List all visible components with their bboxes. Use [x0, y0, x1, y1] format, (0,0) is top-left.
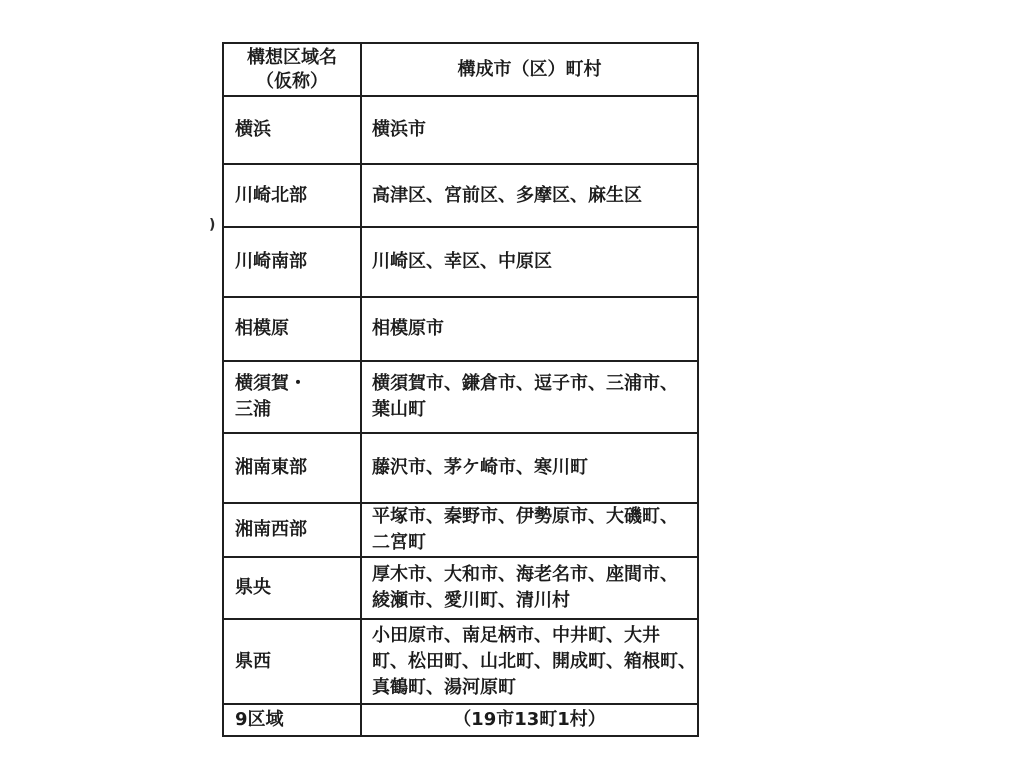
table-footer-row: 9区域 （19市13町1村） — [223, 704, 698, 736]
municipalities: 川崎区、幸区、中原区 — [361, 227, 698, 297]
municipalities: 平塚市、秦野市、伊勢原市、大磯町、 二宮町 — [361, 503, 698, 557]
table-row-yokosuka-miura: 横須賀・ 三浦 横須賀市、鎌倉市、逗子市、三浦市、 葉山町 — [223, 361, 698, 433]
region-name: 横須賀・ 三浦 — [223, 361, 361, 433]
municipalities: 藤沢市、茅ケ崎市、寒川町 — [361, 433, 698, 503]
document-page: ) 構想区域名 （仮称） 構成市（区）町村 横浜 横浜市 川崎北部 高津区、宮前… — [0, 0, 1024, 768]
stray-artifact-mark: ) — [209, 218, 215, 232]
table-header-row: 構想区域名 （仮称） 構成市（区）町村 — [223, 43, 698, 96]
table-row-kawasaki-north: 川崎北部 高津区、宮前区、多摩区、麻生区 — [223, 164, 698, 227]
table-row-shonan-east: 湘南東部 藤沢市、茅ケ崎市、寒川町 — [223, 433, 698, 503]
municipalities: 厚木市、大和市、海老名市、座間市、 綾瀬市、愛川町、清川村 — [361, 557, 698, 619]
region-name: 県央 — [223, 557, 361, 619]
header-municipalities: 構成市（区）町村 — [361, 43, 698, 96]
table-row-shonan-west: 湘南西部 平塚市、秦野市、伊勢原市、大磯町、 二宮町 — [223, 503, 698, 557]
region-name: 湘南西部 — [223, 503, 361, 557]
table-row-yokohama: 横浜 横浜市 — [223, 96, 698, 164]
region-name: 横浜 — [223, 96, 361, 164]
region-municipality-table: 構想区域名 （仮称） 構成市（区）町村 横浜 横浜市 川崎北部 高津区、宮前区、… — [222, 42, 699, 737]
region-name: 川崎北部 — [223, 164, 361, 227]
municipality-total: （19市13町1村） — [361, 704, 698, 736]
municipalities: 横須賀市、鎌倉市、逗子市、三浦市、 葉山町 — [361, 361, 698, 433]
table-row-kensei: 県西 小田原市、南足柄市、中井町、大井 町、松田町、山北町、開成町、箱根町、 真… — [223, 619, 698, 704]
table-row-kawasaki-south: 川崎南部 川崎区、幸区、中原区 — [223, 227, 698, 297]
table-row-kenou: 県央 厚木市、大和市、海老名市、座間市、 綾瀬市、愛川町、清川村 — [223, 557, 698, 619]
municipalities: 相模原市 — [361, 297, 698, 361]
header-region-name: 構想区域名 （仮称） — [223, 43, 361, 96]
region-name: 湘南東部 — [223, 433, 361, 503]
municipalities: 小田原市、南足柄市、中井町、大井 町、松田町、山北町、開成町、箱根町、 真鶴町、… — [361, 619, 698, 704]
table-row-sagamihara: 相模原 相模原市 — [223, 297, 698, 361]
municipalities: 高津区、宮前区、多摩区、麻生区 — [361, 164, 698, 227]
region-name: 相模原 — [223, 297, 361, 361]
region-total: 9区域 — [223, 704, 361, 736]
municipalities: 横浜市 — [361, 96, 698, 164]
region-name: 県西 — [223, 619, 361, 704]
region-name: 川崎南部 — [223, 227, 361, 297]
